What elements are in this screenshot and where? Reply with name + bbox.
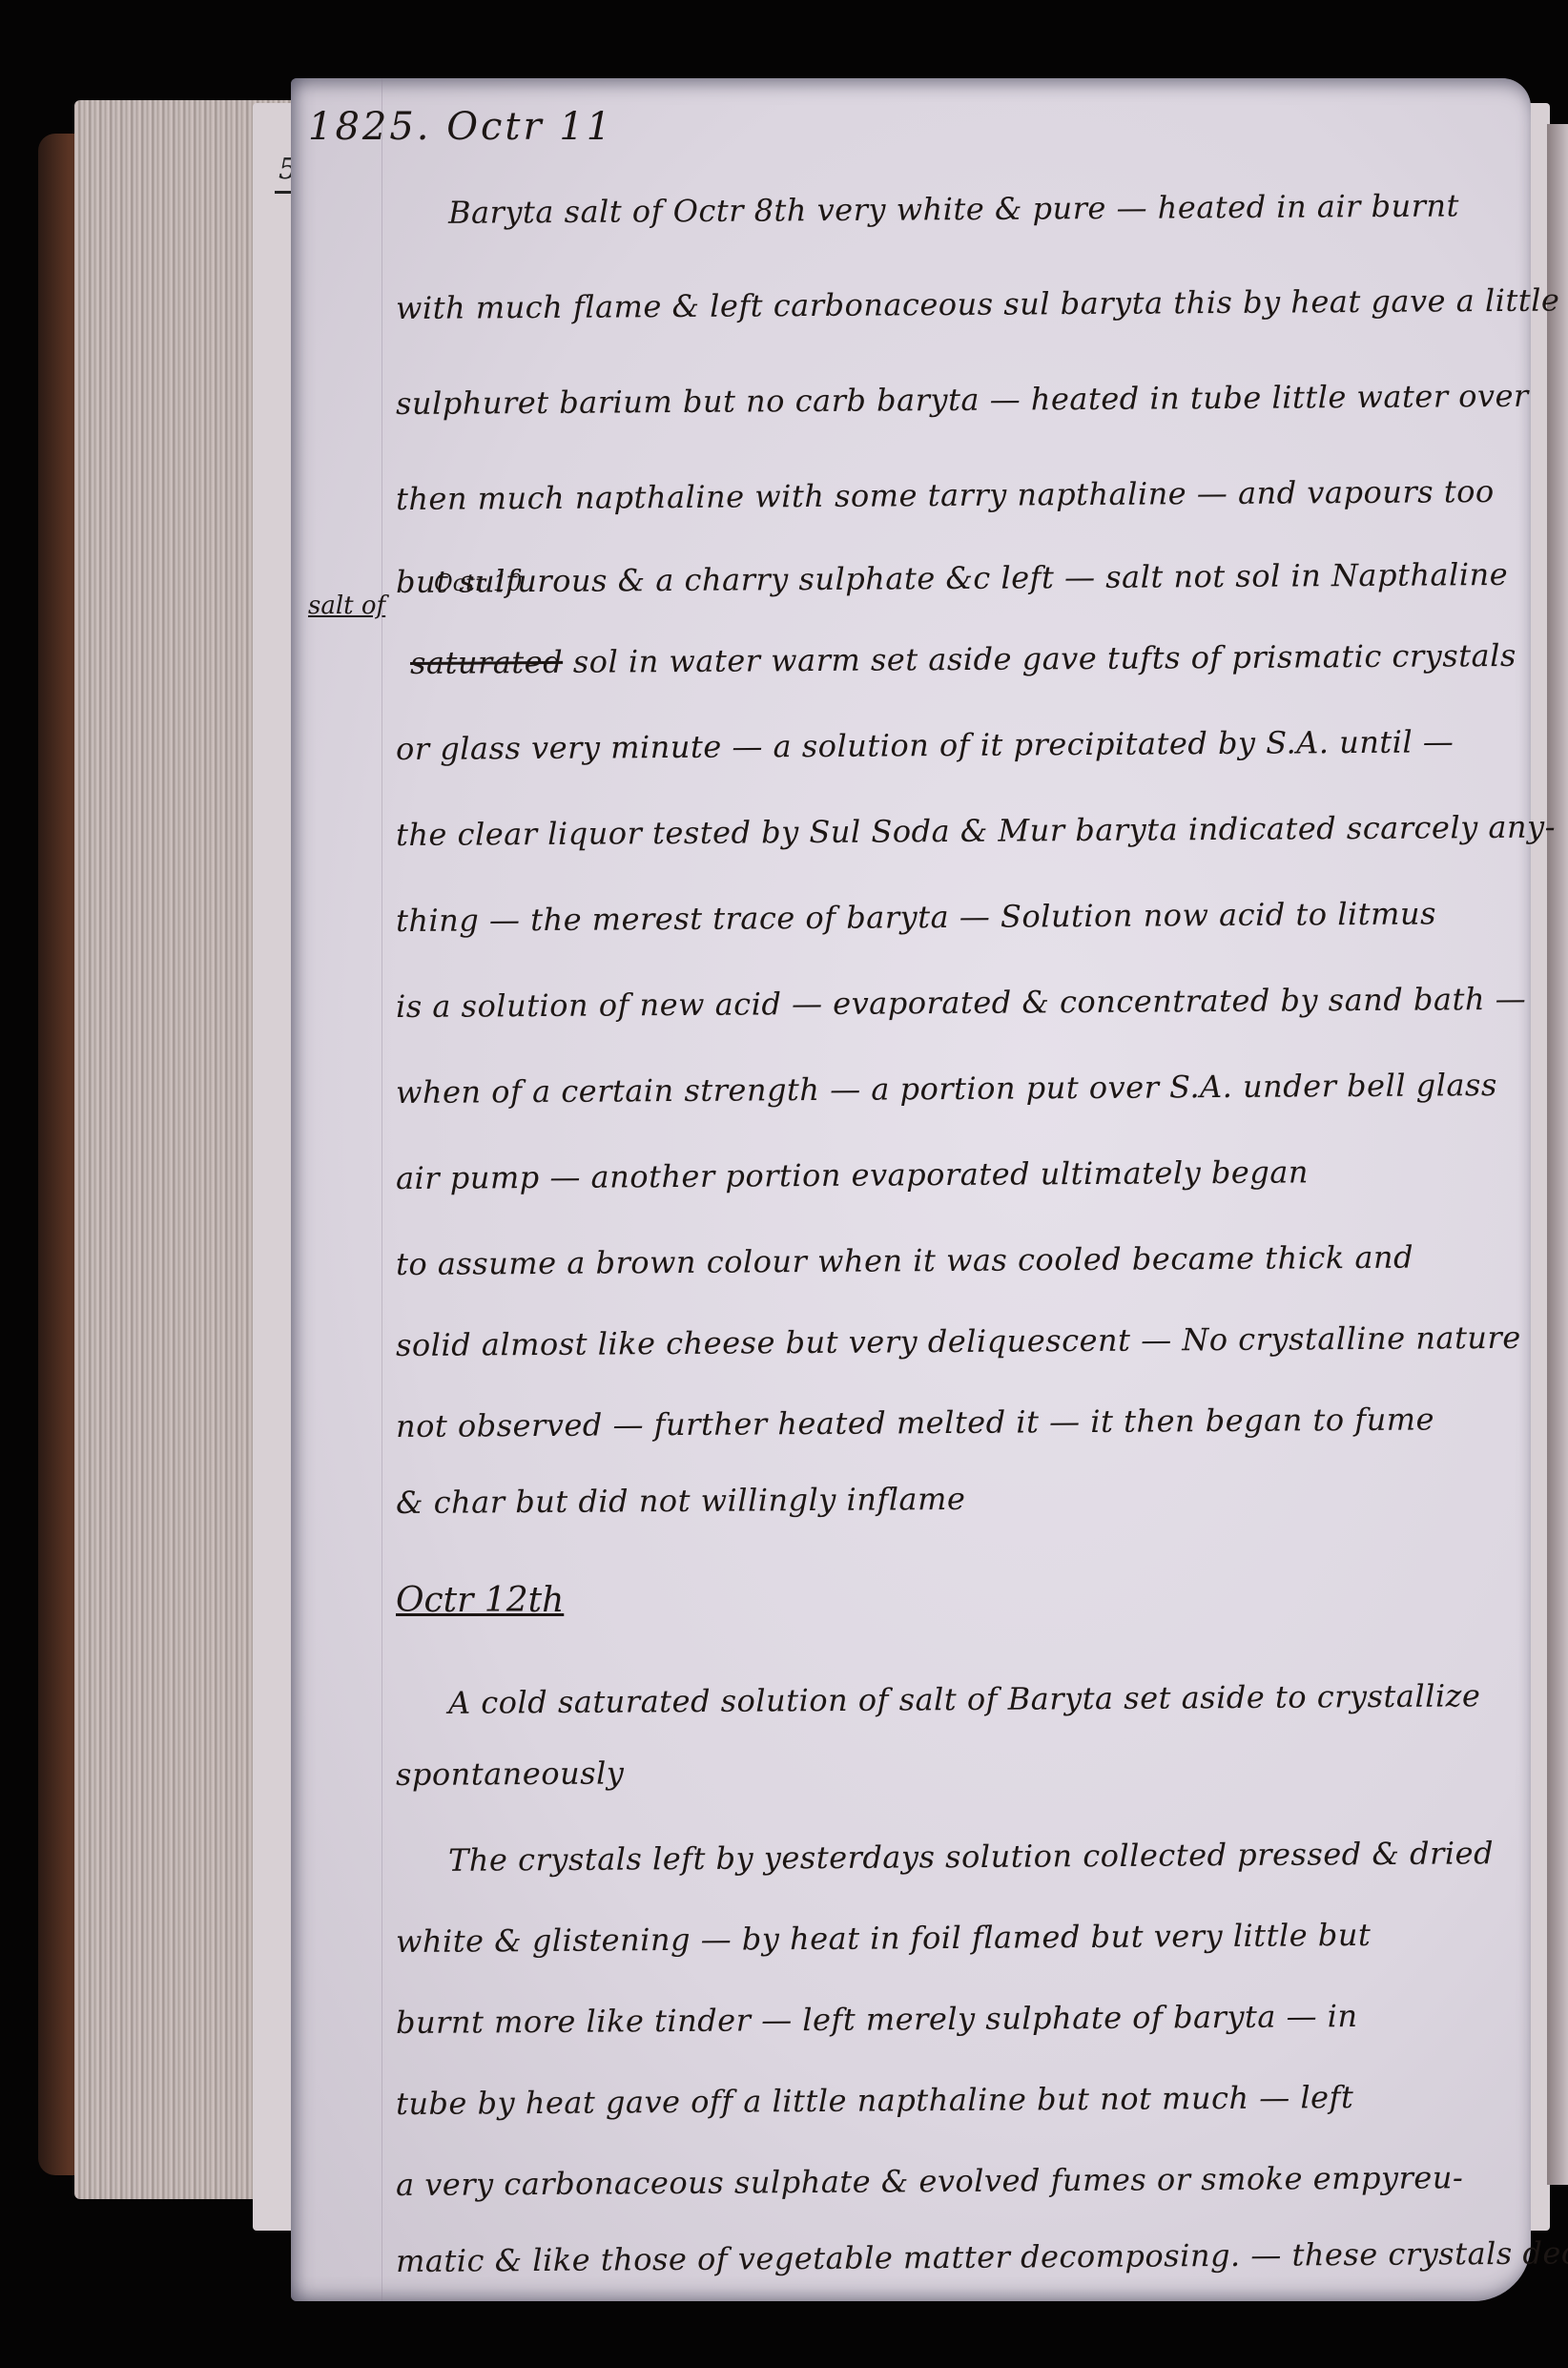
entry-1-line-4: then much napthaline with some tarry nap… <box>396 473 1502 517</box>
entry-1-line-16: & char but did not willingly inflame <box>396 1477 1502 1521</box>
entry-3-line-4: tube by heat gave off a little napthalin… <box>396 2078 1502 2122</box>
page-text: 1825. Octr 11 Baryta salt of Octr 8th ve… <box>291 78 1531 2301</box>
margin-insert: salt of <box>308 592 385 620</box>
entry-1-line-5: but sulfurous & a charry sulphate &c lef… <box>396 556 1502 600</box>
entry-1-line-6-text: sol in water warm set aside gave tufts o… <box>573 637 1516 680</box>
entry-1-line-6: saturated sol in water warm set aside ga… <box>410 637 1502 681</box>
entry-1-line-12: air pump — another portion evaporated ul… <box>396 1153 1502 1196</box>
entry-1-line-10: is a solution of new acid — evaporated &… <box>396 981 1502 1025</box>
entry-1-line-8: the clear liquor tested by Sul Soda & Mu… <box>396 809 1502 853</box>
entry-1-line-14: solid almost like cheese but very deliqu… <box>396 1319 1502 1363</box>
entry-1-line-2: with much flame & left carbonaceous sul … <box>396 282 1502 326</box>
entry-3-line-2: white & glistening — by heat in foil fla… <box>396 1916 1502 1960</box>
entry-3-line-6: matic & like those of vegetable matter d… <box>396 2235 1502 2279</box>
entry-3-line-5: a very carbonaceous sulphate & evolved f… <box>396 2159 1502 2203</box>
entry-2-line-1: A cold saturated solution of salt of Bar… <box>448 1677 1502 1721</box>
interlinear-insert: Octr 10 <box>434 570 522 596</box>
entry-1-line-13: to assume a brown colour when it was coo… <box>396 1238 1502 1282</box>
entry-1-line-7: or glass very minute — a solution of it … <box>396 723 1502 767</box>
entry-1-line-1: Baryta salt of Octr 8th very white & pur… <box>448 187 1502 231</box>
manuscript-page: 1825. Octr 11 Baryta salt of Octr 8th ve… <box>291 78 1531 2301</box>
entry-2-date: Octr 12th <box>396 1581 564 1620</box>
opposite-page-edge <box>1547 124 1568 2185</box>
entry-1-line-3: sulphuret barium but no carb baryta — he… <box>396 378 1502 422</box>
entry-3-line-3: burnt more like tinder — left merely sul… <box>396 1997 1502 2041</box>
entry-1-line-11: when of a certain strength — a portion p… <box>396 1067 1502 1111</box>
entry-3-line-1: The crystals left by yesterdays solution… <box>448 1835 1502 1879</box>
entry-1-line-9: thing — the merest trace of baryta — Sol… <box>396 895 1502 939</box>
entry-2-line-2: spontaneously <box>396 1749 1502 1793</box>
page-date-heading: 1825. Octr 11 <box>308 105 613 149</box>
struck-out-word: saturated <box>410 644 563 681</box>
entry-1-line-15: not observed — further heated melted it … <box>396 1401 1502 1444</box>
